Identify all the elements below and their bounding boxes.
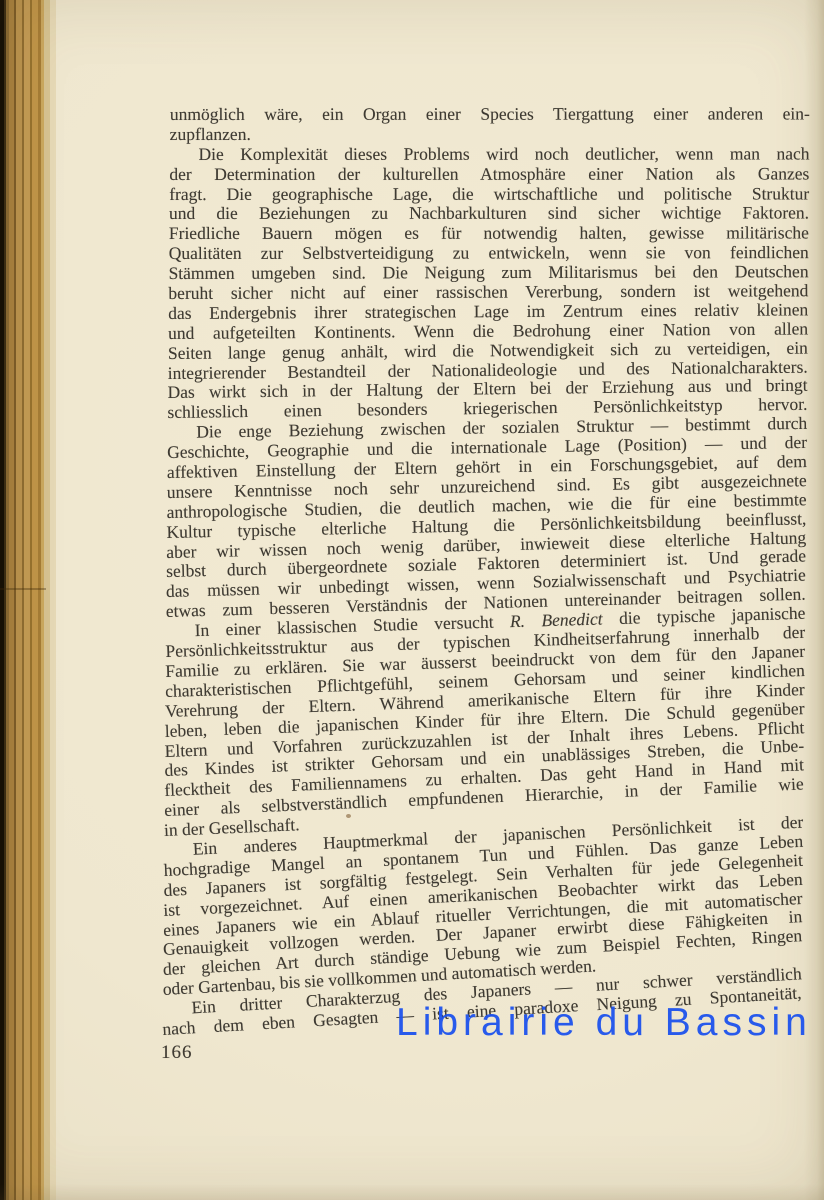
book-page-photo: unmöglich wäre, ein Organ einer Species …: [0, 0, 824, 1200]
paragraph-4: In einer klassischen Studie versucht R. …: [170, 622, 810, 841]
paragraph-3: Die enge Beziehung zwischen der sozialen…: [170, 423, 810, 622]
book-binding-edge: [0, 0, 64, 1200]
page-text: unmöglich wäre, ein Organ einer Species …: [170, 105, 810, 1040]
page-number: 166: [161, 1042, 193, 1064]
paragraph-6: Ein dritter Charakterzug des Japaners — …: [170, 1000, 810, 1040]
paragraph-2: Die Komplexität dieses Problems wird noc…: [170, 145, 810, 423]
paragraph-1: unmöglich wäre, ein Organ einer Species …: [170, 105, 810, 145]
paper-stain: [346, 814, 351, 818]
bottom-shadow: [0, 1184, 824, 1200]
binding-seam: [0, 588, 46, 590]
